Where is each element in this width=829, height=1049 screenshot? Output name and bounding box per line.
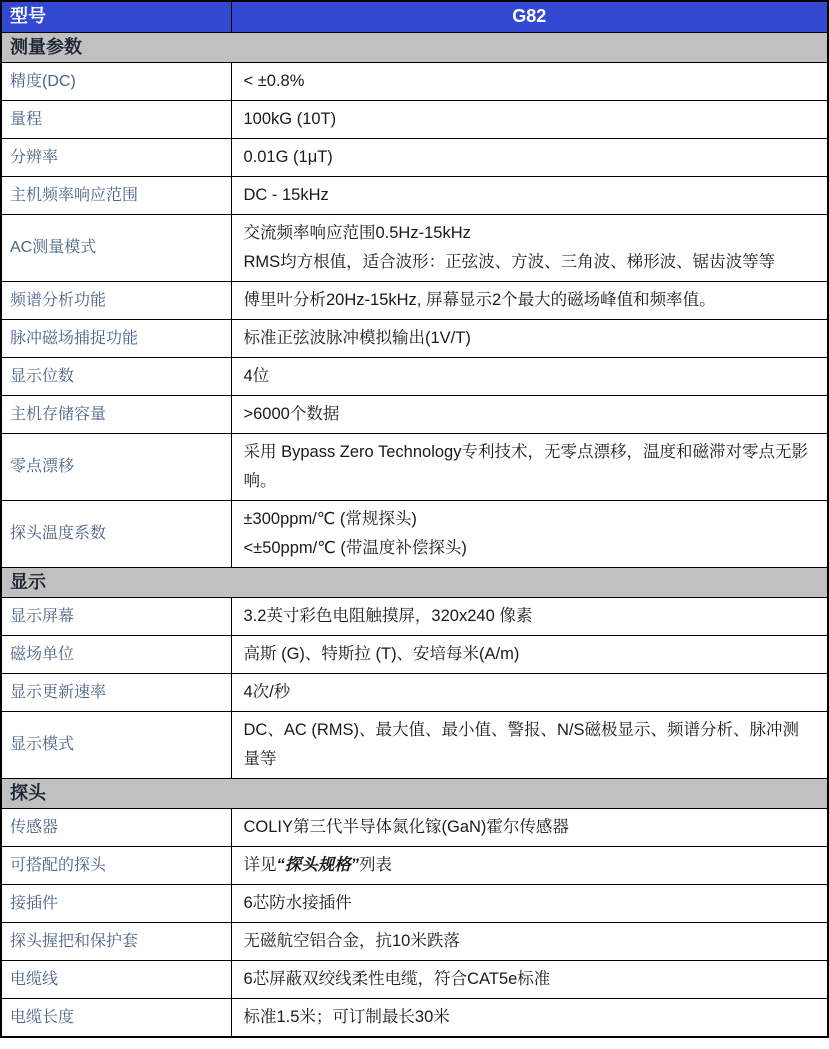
section-title: 显示 (1, 567, 828, 597)
value-text: 列表 (359, 856, 392, 874)
spec-label: 显示模式 (1, 711, 231, 778)
spec-label: 接插件 (1, 884, 231, 922)
spec-value: 100kG (10T) (231, 100, 828, 138)
value-text: 详见 (244, 856, 277, 874)
table-row: 零点漂移 采用 Bypass Zero Technology专利技术，无零点漂移… (1, 433, 828, 500)
spec-value: DC - 15kHz (231, 176, 828, 214)
spec-value: >6000个数据 (231, 395, 828, 433)
spec-label: 精度(DC) (1, 62, 231, 100)
spec-table: 型号 G82 测量参数 精度(DC) < ±0.8% 量程 100kG (10T… (0, 0, 829, 1038)
table-row: 分辨率 0.01G (1μT) (1, 138, 828, 176)
table-row: 探头温度系数 ±300ppm/℃ (常规探头) <±50ppm/℃ (带温度补偿… (1, 500, 828, 567)
table-row: 显示位数 4位 (1, 357, 828, 395)
spec-value: 高斯 (G)、特斯拉 (T)、安培每米(A/m) (231, 635, 828, 673)
section-header-display: 显示 (1, 567, 828, 597)
table-row: AC测量模式 交流频率响应范围0.5Hz-15kHz RMS均方根值，适合波形：… (1, 214, 828, 281)
spec-value: 6芯防水接插件 (231, 884, 828, 922)
spec-label: 零点漂移 (1, 433, 231, 500)
spec-value: DC、AC (RMS)、最大值、最小值、警报、N/S磁极显示、频谱分析、脉冲测量… (231, 711, 828, 778)
table-row: 磁场单位 高斯 (G)、特斯拉 (T)、安培每米(A/m) (1, 635, 828, 673)
spec-label: 量程 (1, 100, 231, 138)
spec-value: ±300ppm/℃ (常规探头) <±50ppm/℃ (带温度补偿探头) (231, 500, 828, 567)
table-row: 探头握把和保护套 无磁航空铝合金，抗10米跌落 (1, 922, 828, 960)
table-row: 量程 100kG (10T) (1, 100, 828, 138)
table-row: 脉冲磁场捕捉功能 标准正弦波脉冲模拟输出(1V/T) (1, 319, 828, 357)
spec-value: 4位 (231, 357, 828, 395)
spec-label: 显示更新速率 (1, 673, 231, 711)
spec-value: 详见“探头规格”列表 (231, 846, 828, 884)
spec-label: 电缆长度 (1, 998, 231, 1037)
spec-label: 可搭配的探头 (1, 846, 231, 884)
spec-value: 标准1.5米；可订制最长30米 (231, 998, 828, 1037)
table-row: 接插件 6芯防水接插件 (1, 884, 828, 922)
table-row: 电缆长度 标准1.5米；可订制最长30米 (1, 998, 828, 1037)
table-row: 主机频率响应范围 DC - 15kHz (1, 176, 828, 214)
spec-value: 采用 Bypass Zero Technology专利技术，无零点漂移，温度和磁… (231, 433, 828, 500)
spec-label: 显示位数 (1, 357, 231, 395)
spec-label: AC测量模式 (1, 214, 231, 281)
spec-label: 脉冲磁场捕捉功能 (1, 319, 231, 357)
spec-label: 显示屏幕 (1, 597, 231, 635)
spec-value: 交流频率响应范围0.5Hz-15kHz RMS均方根值，适合波形：正弦波、方波、… (231, 214, 828, 281)
value-emphasis: “探头规格” (277, 856, 360, 874)
spec-value: 标准正弦波脉冲模拟输出(1V/T) (231, 319, 828, 357)
spec-label: 频谱分析功能 (1, 281, 231, 319)
spec-label: 主机存储容量 (1, 395, 231, 433)
spec-value: 6芯屏蔽双绞线柔性电缆，符合CAT5e标准 (231, 960, 828, 998)
section-title: 测量参数 (1, 32, 828, 62)
model-label: 型号 (1, 1, 231, 32)
spec-value: COLIY第三代半导体氮化镓(GaN)霍尔传感器 (231, 808, 828, 846)
table-row: 电缆线 6芯屏蔽双绞线柔性电缆，符合CAT5e标准 (1, 960, 828, 998)
spec-label: 探头握把和保护套 (1, 922, 231, 960)
spec-value: 4次/秒 (231, 673, 828, 711)
table-row: 显示屏幕 3.2英寸彩色电阻触摸屏，320x240 像素 (1, 597, 828, 635)
spec-value: < ±0.8% (231, 62, 828, 100)
spec-value: 3.2英寸彩色电阻触摸屏，320x240 像素 (231, 597, 828, 635)
table-row: 显示模式 DC、AC (RMS)、最大值、最小值、警报、N/S磁极显示、频谱分析… (1, 711, 828, 778)
table-row: 频谱分析功能 傅里叶分析20Hz-15kHz, 屏幕显示2个最大的磁场峰值和频率… (1, 281, 828, 319)
section-header-probe: 探头 (1, 778, 828, 808)
spec-value: 无磁航空铝合金，抗10米跌落 (231, 922, 828, 960)
spec-label: 电缆线 (1, 960, 231, 998)
table-row: 传感器 COLIY第三代半导体氮化镓(GaN)霍尔传感器 (1, 808, 828, 846)
spec-label: 分辨率 (1, 138, 231, 176)
spec-label: 传感器 (1, 808, 231, 846)
table-row: 精度(DC) < ±0.8% (1, 62, 828, 100)
model-header-row: 型号 G82 (1, 1, 828, 32)
table-row: 显示更新速率 4次/秒 (1, 673, 828, 711)
model-value: G82 (231, 1, 828, 32)
section-header-measurement: 测量参数 (1, 32, 828, 62)
section-title: 探头 (1, 778, 828, 808)
spec-value: 0.01G (1μT) (231, 138, 828, 176)
table-row: 可搭配的探头 详见“探头规格”列表 (1, 846, 828, 884)
spec-label: 探头温度系数 (1, 500, 231, 567)
spec-label: 主机频率响应范围 (1, 176, 231, 214)
spec-value: 傅里叶分析20Hz-15kHz, 屏幕显示2个最大的磁场峰值和频率值。 (231, 281, 828, 319)
spec-label: 磁场单位 (1, 635, 231, 673)
spec-sheet-page: 型号 G82 测量参数 精度(DC) < ±0.8% 量程 100kG (10T… (0, 0, 829, 1049)
table-row: 主机存储容量 >6000个数据 (1, 395, 828, 433)
